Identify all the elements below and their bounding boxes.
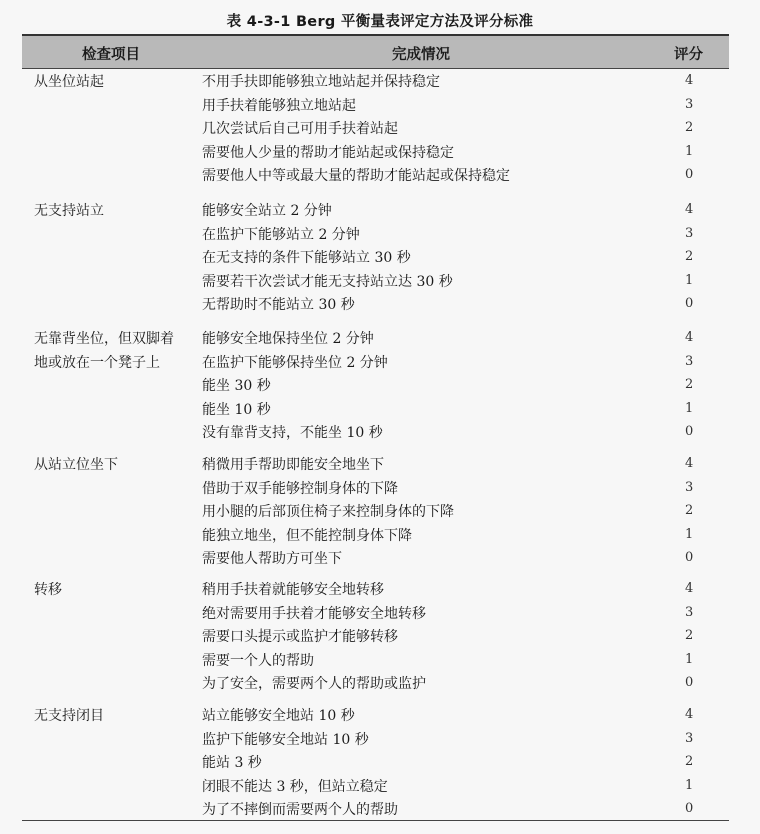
table-row: 几次尝试后自己可用手扶着站起2 — [0, 117, 760, 141]
row-description: 站立能够安全地站 10 秒 — [202, 704, 355, 728]
row-description: 需要口头提示或监护才能够转移 — [202, 625, 398, 649]
row-score: 1 — [685, 775, 693, 797]
row-description: 需要他人少量的帮助才能站起或保持稳定 — [202, 141, 454, 165]
row-description: 用小腿的后部顶住椅子来控制身体的下降 — [202, 500, 454, 524]
table-row: 在监护下能够保持坐位 2 分钟3 — [0, 351, 760, 375]
row-score: 4 — [685, 453, 693, 475]
row-score: 2 — [685, 374, 693, 396]
row-score: 3 — [685, 351, 693, 373]
table-row: 能坐 30 秒2 — [0, 374, 760, 398]
row-description: 为了不摔倒而需要两个人的帮助 — [202, 798, 398, 822]
row-description: 不用手扶即能够独立地站起并保持稳定 — [202, 70, 440, 94]
table-row: 监护下能够安全地站 10 秒3 — [0, 728, 760, 752]
row-score: 3 — [685, 223, 693, 245]
table-row: 需要口头提示或监护才能够转移2 — [0, 625, 760, 649]
row-score: 0 — [685, 421, 693, 443]
row-score: 4 — [685, 704, 693, 726]
table-row: 用小腿的后部顶住椅子来控制身体的下降2 — [0, 500, 760, 524]
row-score: 0 — [685, 547, 693, 569]
row-score: 4 — [685, 578, 693, 600]
row-score: 0 — [685, 293, 693, 315]
row-description: 能坐 30 秒 — [202, 374, 271, 398]
row-score: 1 — [685, 270, 693, 292]
row-score: 1 — [685, 649, 693, 671]
row-score: 2 — [685, 246, 693, 268]
row-score: 1 — [685, 141, 693, 163]
row-description: 能够安全地保持坐位 2 分钟 — [202, 327, 374, 351]
document-page: 表 4-3-1 Berg 平衡量表评定方法及评分标准 检查项目 完成情况 评分 … — [0, 0, 760, 834]
row-description: 监护下能够安全地站 10 秒 — [202, 728, 369, 752]
row-description: 无帮助时不能站立 30 秒 — [202, 293, 355, 317]
row-description: 能够安全站立 2 分钟 — [202, 199, 332, 223]
table-row: 闭眼不能达 3 秒，但站立稳定1 — [0, 775, 760, 799]
table-row: 在监护下能够站立 2 分钟3 — [0, 223, 760, 247]
table-row: 没有靠背支持，不能坐 10 秒0 — [0, 421, 760, 445]
row-description: 用手扶着能够独立地站起 — [202, 94, 356, 118]
table-title: 表 4-3-1 Berg 平衡量表评定方法及评分标准 — [0, 10, 760, 31]
table-row: 站立能够安全地站 10 秒4 — [0, 704, 760, 728]
table-row: 需要一个人的帮助1 — [0, 649, 760, 673]
row-description: 能坐 10 秒 — [202, 398, 271, 422]
row-score: 0 — [685, 798, 693, 820]
table-row: 在无支持的条件下能够站立 30 秒2 — [0, 246, 760, 270]
table-row: 能独立地坐，但不能控制身体下降1 — [0, 524, 760, 548]
row-description: 在无支持的条件下能够站立 30 秒 — [202, 246, 411, 270]
header-score: 评分 — [674, 43, 703, 64]
table-row: 能坐 10 秒1 — [0, 398, 760, 422]
table-row: 能够安全站立 2 分钟4 — [0, 199, 760, 223]
row-description: 为了安全，需要两个人的帮助或监护 — [202, 672, 426, 696]
row-score: 1 — [685, 524, 693, 546]
row-description: 在监护下能够站立 2 分钟 — [202, 223, 360, 247]
table-row: 为了不摔倒而需要两个人的帮助0 — [0, 798, 760, 822]
row-description: 稍微用手帮助即能安全地坐下 — [202, 453, 384, 477]
row-description: 需要他人帮助方可坐下 — [202, 547, 342, 571]
row-description: 绝对需要用手扶着才能够安全地转移 — [202, 602, 426, 626]
table-row: 稍用手扶着就能够安全地转移4 — [0, 578, 760, 602]
table-row: 不用手扶即能够独立地站起并保持稳定4 — [0, 70, 760, 94]
table-row: 无帮助时不能站立 30 秒0 — [0, 293, 760, 317]
row-score: 2 — [685, 117, 693, 139]
table-row: 借助于双手能够控制身体的下降3 — [0, 477, 760, 501]
header-description: 完成情况 — [392, 43, 450, 64]
row-description: 闭眼不能达 3 秒，但站立稳定 — [202, 775, 388, 799]
row-description: 需要一个人的帮助 — [202, 649, 314, 673]
table-row: 能够安全地保持坐位 2 分钟4 — [0, 327, 760, 351]
row-score: 3 — [685, 477, 693, 499]
row-description: 能站 3 秒 — [202, 751, 262, 775]
row-score: 4 — [685, 199, 693, 221]
table-row: 需要他人少量的帮助才能站起或保持稳定1 — [0, 141, 760, 165]
table-row: 需要他人中等或最大量的帮助才能站起或保持稳定0 — [0, 164, 760, 188]
row-score: 3 — [685, 94, 693, 116]
row-score: 4 — [685, 327, 693, 349]
row-score: 2 — [685, 500, 693, 522]
row-description: 能独立地坐，但不能控制身体下降 — [202, 524, 412, 548]
row-score: 3 — [685, 728, 693, 750]
table-header: 检查项目 完成情况 评分 — [22, 34, 729, 69]
row-score: 2 — [685, 751, 693, 773]
row-description: 没有靠背支持，不能坐 10 秒 — [202, 421, 383, 445]
table-row: 绝对需要用手扶着才能够安全地转移3 — [0, 602, 760, 626]
row-score: 3 — [685, 602, 693, 624]
table-row: 为了安全，需要两个人的帮助或监护0 — [0, 672, 760, 696]
row-description: 借助于双手能够控制身体的下降 — [202, 477, 398, 501]
row-score: 0 — [685, 672, 693, 694]
row-score: 4 — [685, 70, 693, 92]
row-description: 在监护下能够保持坐位 2 分钟 — [202, 351, 388, 375]
table-row: 能站 3 秒2 — [0, 751, 760, 775]
row-score: 1 — [685, 398, 693, 420]
table-bottom-rule — [22, 820, 729, 821]
header-item: 检查项目 — [82, 43, 140, 64]
table-row: 需要他人帮助方可坐下0 — [0, 547, 760, 571]
row-description: 需要他人中等或最大量的帮助才能站起或保持稳定 — [202, 164, 510, 188]
row-description: 几次尝试后自己可用手扶着站起 — [202, 117, 398, 141]
row-score: 0 — [685, 164, 693, 186]
row-score: 2 — [685, 625, 693, 647]
row-description: 需要若干次尝试才能无支持站立达 30 秒 — [202, 270, 453, 294]
table-row: 需要若干次尝试才能无支持站立达 30 秒1 — [0, 270, 760, 294]
table-row: 用手扶着能够独立地站起3 — [0, 94, 760, 118]
row-description: 稍用手扶着就能够安全地转移 — [202, 578, 384, 602]
table-row: 稍微用手帮助即能安全地坐下4 — [0, 453, 760, 477]
